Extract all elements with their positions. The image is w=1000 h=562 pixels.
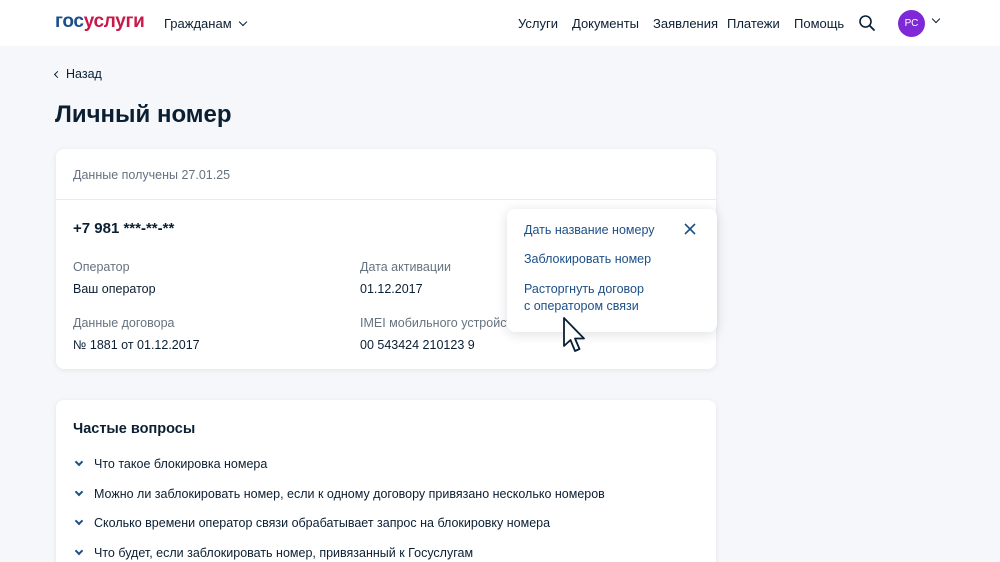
audience-dropdown[interactable]: Гражданам xyxy=(164,16,246,31)
faq-item[interactable]: Что будет, если заблокировать номер, при… xyxy=(76,546,473,560)
logo-part-gos: гос xyxy=(55,11,84,32)
mouse-pointer-icon xyxy=(562,316,588,354)
logo-part-uslugi: услуги xyxy=(84,11,145,32)
contract-value: № 1881 от 01.12.2017 xyxy=(73,338,200,352)
nav-payments[interactable]: Платежи xyxy=(727,16,780,31)
chevron-down-icon xyxy=(75,517,83,525)
page-title: Личный номер xyxy=(55,101,232,129)
faq-card: Частые вопросы Что такое блокировка номе… xyxy=(56,400,716,562)
chevron-down-icon xyxy=(75,547,83,555)
faq-question: Можно ли заблокировать номер, если к одн… xyxy=(94,487,605,501)
activation-date-label: Дата активации xyxy=(360,260,451,274)
faq-item[interactable]: Что такое блокировка номера xyxy=(76,457,267,471)
back-label: Назад xyxy=(66,67,102,81)
data-received-text: Данные получены 27.01.25 xyxy=(56,149,716,200)
search-icon[interactable] xyxy=(858,14,876,32)
chevron-left-icon xyxy=(54,70,61,77)
back-link[interactable]: Назад xyxy=(55,67,102,81)
phone-number: +7 981 ***-**-** xyxy=(73,220,174,237)
faq-question: Сколько времени оператор связи обрабатыв… xyxy=(94,516,550,530)
menu-terminate-contract[interactable]: Расторгнуть договор с оператором связи xyxy=(524,281,644,315)
avatar[interactable]: РС xyxy=(898,10,925,37)
nav-documents[interactable]: Документы xyxy=(572,16,639,31)
close-icon[interactable] xyxy=(684,223,696,235)
audience-label: Гражданам xyxy=(164,16,232,31)
chevron-down-icon xyxy=(75,458,83,466)
terminate-line-1: Расторгнуть договор xyxy=(524,282,644,296)
gosuslugi-logo[interactable]: госуслуги xyxy=(55,11,145,33)
chevron-down-icon[interactable] xyxy=(932,15,940,23)
menu-block-number[interactable]: Заблокировать номер xyxy=(524,251,651,268)
nav-services[interactable]: Услуги xyxy=(518,16,558,31)
number-actions-menu: Дать название номеру Заблокировать номер… xyxy=(507,209,717,332)
operator-value: Ваш оператор xyxy=(73,282,156,296)
nav-help[interactable]: Помощь xyxy=(794,16,844,31)
faq-item[interactable]: Сколько времени оператор связи обрабатыв… xyxy=(76,516,550,530)
menu-rename-number[interactable]: Дать название номеру xyxy=(524,222,655,239)
faq-question: Что такое блокировка номера xyxy=(94,457,267,471)
terminate-line-2: с оператором связи xyxy=(524,299,639,313)
faq-question: Что будет, если заблокировать номер, при… xyxy=(94,546,473,560)
top-header: госуслуги Гражданам Услуги Документы Зая… xyxy=(0,0,1000,46)
activation-date-value: 01.12.2017 xyxy=(360,282,423,296)
nav-applications[interactable]: Заявления xyxy=(653,16,718,31)
operator-label: Оператор xyxy=(73,260,130,274)
chevron-down-icon xyxy=(75,488,83,496)
imei-value: 00 543424 210123 9 xyxy=(360,338,475,352)
faq-title: Частые вопросы xyxy=(73,421,195,437)
contract-label: Данные договора xyxy=(73,316,174,330)
imei-label: IMEI мобильного устройства xyxy=(360,316,508,330)
faq-item[interactable]: Можно ли заблокировать номер, если к одн… xyxy=(76,487,605,501)
chevron-down-icon xyxy=(238,17,246,25)
